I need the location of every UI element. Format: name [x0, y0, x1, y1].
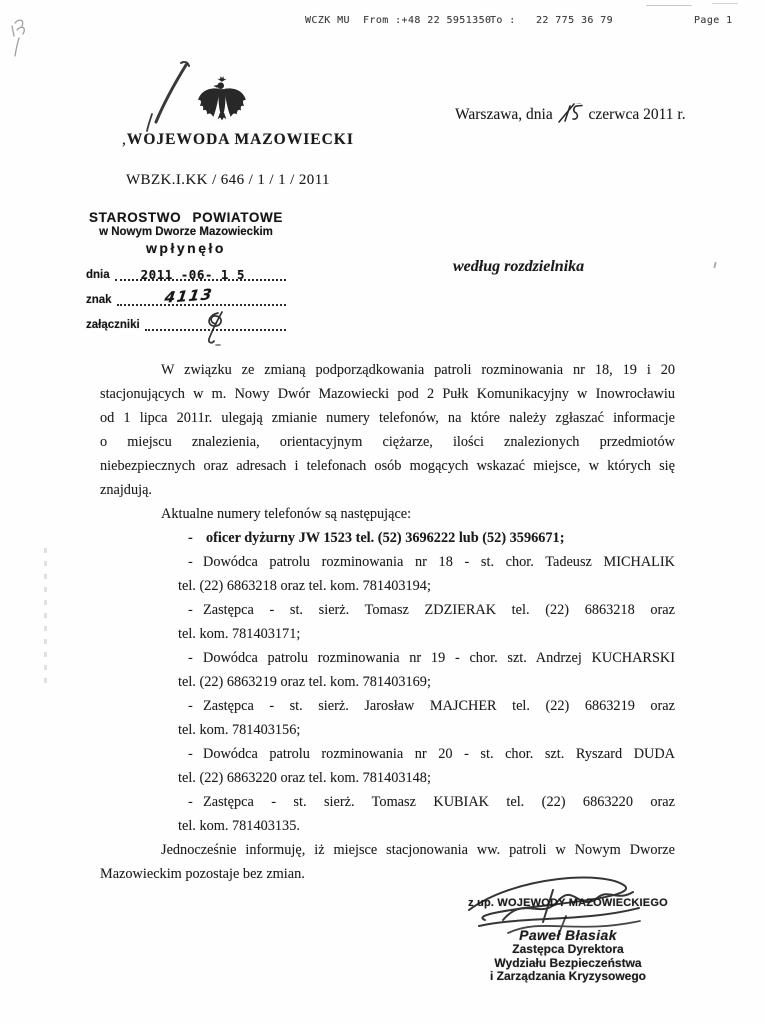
list-item-line: -Zastępca - st. sierż. Tomasz ZDZIERAK t… [100, 598, 675, 622]
list-dash: - [188, 742, 193, 766]
stamp-row-znak: znak 4113 [86, 289, 286, 306]
reference-number: WBZK.I.KK / 646 / 1 / 1 / 2011 [126, 172, 330, 189]
signatory-title-3: i Zarządzania Kryzysowego [448, 970, 688, 984]
pen-stroke-mark [138, 60, 194, 134]
stamp-row-date: dnia 2011 -06- 1 5 [86, 264, 286, 281]
paragraph-line: tel. kom. 781403171; [100, 622, 675, 646]
fax-to-number: 22 775 36 79 [536, 15, 613, 26]
eagle-emblem-icon [196, 72, 248, 128]
list-item-line: -Zastępca - st. sierż. Tomasz KUBIAK tel… [100, 790, 675, 814]
stamp-znak-handwritten-value: 4113 [163, 285, 214, 306]
stamp-received-label: wpłynęło [86, 240, 286, 256]
receipt-stamp: STAROSTWO POWIATOWE w Nowym Dworze Mazow… [86, 210, 286, 331]
paragraph-line: tel. (22) 6863219 oraz tel. kom. 7814031… [100, 670, 675, 694]
date-line: Warszawa, dnia czerwca 2011 r. [455, 103, 686, 124]
paragraph-line: W związku ze zmianą podporządkowania pat… [100, 358, 675, 382]
fax-to-label: To : [490, 15, 516, 26]
stamp-zalaczniki-label: załączniki [86, 319, 140, 331]
paragraph-line: niebezpiecznych oraz adresach i telefona… [100, 454, 675, 478]
list-item-line: -Zastępca - st. sierż. Jarosław MAJCHER … [100, 694, 675, 718]
signatory-title-1: Zastępca Dyrektora [448, 943, 688, 957]
paragraph-line: tel. (22) 6863220 oraz tel. kom. 7814031… [100, 766, 675, 790]
handwritten-signature-flourish [502, 915, 647, 937]
fax-from-number: From :+48 22 5951350 [363, 15, 491, 26]
list-item-line: -Dowódca patrolu rozminowania nr 20 - st… [100, 742, 675, 766]
handwritten-day [557, 103, 585, 123]
scan-artifact-dash [646, 5, 692, 6]
scan-artifact-speck [713, 262, 716, 268]
stamp-office-location: w Nowym Dworze Mazowieckim [86, 226, 286, 238]
list-dash: - [188, 526, 193, 550]
paragraph-line: znajdują. [100, 478, 675, 502]
stamp-date-label: dnia [86, 269, 110, 281]
signatory-title-2: Wydziału Bezpieczeństwa [448, 957, 688, 971]
paragraph-line: tel. (22) 6863218 oraz tel. kom. 7814031… [100, 574, 675, 598]
fax-device-id: WCZK MU [305, 15, 350, 26]
stamp-office-name: STAROSTWO POWIATOWE [86, 210, 286, 225]
list-dash: - [188, 790, 193, 814]
paragraph-line: tel. kom. 781403135. [100, 814, 675, 838]
stamp-dotted-leader: 2011 -06- 1 5 [115, 264, 286, 281]
paragraph-line: Jednocześnie informuję, iż miejsce stacj… [100, 838, 675, 862]
paragraph-line: stacjonujących w m. Nowy Dwór Mazowiecki… [100, 382, 675, 406]
list-dash: - [188, 598, 193, 622]
paragraph-line: od 1 lipca 2011r. ulegają zmianie numery… [100, 406, 675, 430]
date-prefix: Warszawa, dnia [455, 106, 553, 123]
list-dash: - [188, 646, 193, 670]
paragraph-line: Aktualne numery telefonów są następujące… [100, 502, 675, 526]
date-suffix: czerwca 2011 r. [588, 106, 685, 123]
sender-title: ,WOJEWODA MAZOWIECKI [122, 131, 354, 149]
scan-artifact-corner-smudge [8, 16, 38, 62]
list-item-line: -Dowódca patrolu rozminowania nr 19 - ch… [100, 646, 675, 670]
scan-artifact-streak [44, 548, 47, 683]
list-item-line: -Dowódca patrolu rozminowania nr 18 - st… [100, 550, 675, 574]
stamp-znak-label: znak [86, 294, 112, 306]
list-item-line: -oficer dyżurny JW 1523 tel. (52) 369622… [100, 526, 675, 550]
paragraph-line: o miejscu znalezienia, orientacyjnym cię… [100, 430, 675, 454]
scan-artifact-dash [712, 3, 738, 4]
list-dash: - [188, 694, 193, 718]
scanned-letter-page: WCZK MU From :+48 22 5951350 To : 22 775… [0, 0, 765, 1024]
stamp-row-zalaczniki: załączniki [86, 314, 286, 331]
stamp-dotted-leader [145, 314, 286, 331]
zalaczniki-signature-scribble [204, 311, 230, 347]
fax-page-number: Page 1 [694, 15, 733, 26]
body-text: W związku ze zmianą podporządkowania pat… [100, 358, 675, 886]
list-dash: - [188, 550, 193, 574]
distribution-note: według rozdzielnika [453, 258, 584, 276]
stamp-date-value: 2011 -06- 1 5 [141, 267, 245, 282]
paragraph-line: tel. kom. 781403156; [100, 718, 675, 742]
stamp-dotted-leader: 4113 [117, 289, 286, 306]
sender-name: WOJEWODA MAZOWIECKI [127, 131, 354, 148]
